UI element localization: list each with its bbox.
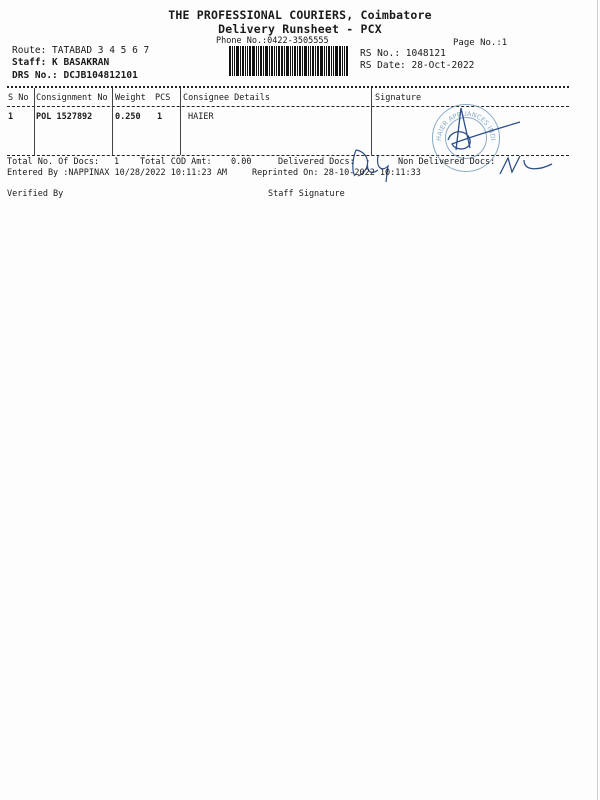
non-delivered-docs-mark	[500, 156, 552, 174]
reprinted-on: Reprinted On: 28-10-2022 10:11:33	[252, 168, 421, 178]
total-docs-label: Total No. Of Docs:	[7, 157, 99, 167]
total-docs-value: 1	[114, 157, 119, 167]
delivered-docs-label: Delivered Docs:	[278, 157, 355, 167]
entered-by: Entered By :NAPPINAX 10/28/2022 10:11:23…	[7, 168, 227, 178]
non-delivered-docs-label: Non Delivered Docs:	[398, 157, 495, 167]
total-cod-value: 0.00	[231, 157, 251, 167]
verified-by-label: Verified By	[7, 189, 63, 199]
total-cod-label: Total COD Amt:	[140, 157, 212, 167]
consignee-signature	[448, 108, 520, 150]
staff-signature-label: Staff Signature	[268, 189, 345, 199]
